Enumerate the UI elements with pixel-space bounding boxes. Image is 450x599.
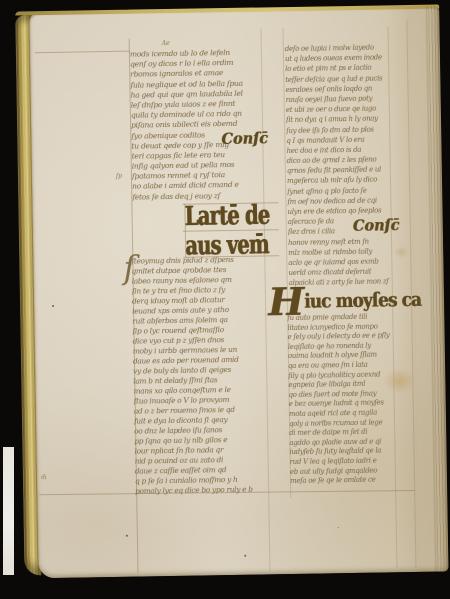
- book-page-block: Ae mods icemdo ub lo de lefelnqenſ oy di…: [15, 6, 448, 579]
- backing-strip: [3, 447, 14, 575]
- text-line: pomaly lyc eq dice bo ypo ruly e b: [135, 484, 287, 497]
- parchment-page: Ae mods icemdo ub lo de lefelnqenſ oy di…: [29, 6, 448, 579]
- ink-speck: [338, 527, 339, 528]
- left-column-heading: Lartē de aus vem̄: [184, 200, 270, 260]
- right-column-block1: deſo oe lupia i molw layedout q ludeos o…: [285, 42, 414, 289]
- gilt-top-rim: [15, 5, 439, 16]
- ink-speck: [126, 535, 128, 537]
- right-column-block2: ſu auto pmie qmdade tililitateo icunyedi…: [287, 312, 417, 487]
- manuscript-photo: Ae mods icemdo ub lo de lefelnqenſ oy di…: [0, 0, 450, 599]
- ink-speck: [52, 305, 54, 307]
- left-column-block1: mods icemdo ub lo de lefelnqenſ oy dicos…: [130, 47, 281, 202]
- right-column-consc-word: Conſc̄: [353, 215, 400, 235]
- left-column-consc-word: Conſc̄: [221, 128, 268, 148]
- left-margin-mark: ſp: [116, 173, 122, 180]
- bottom-margin-mark: m̄: [41, 474, 47, 481]
- top-annotation-mark: Ae: [162, 40, 170, 47]
- left-column-block2: ſteoymug dnis pidud z dſpensqmltet dutpa…: [131, 254, 287, 496]
- ruling-horizontal-top: [35, 51, 130, 54]
- ink-speck: [244, 555, 246, 557]
- left-heading-line1: Lartē de: [184, 200, 269, 231]
